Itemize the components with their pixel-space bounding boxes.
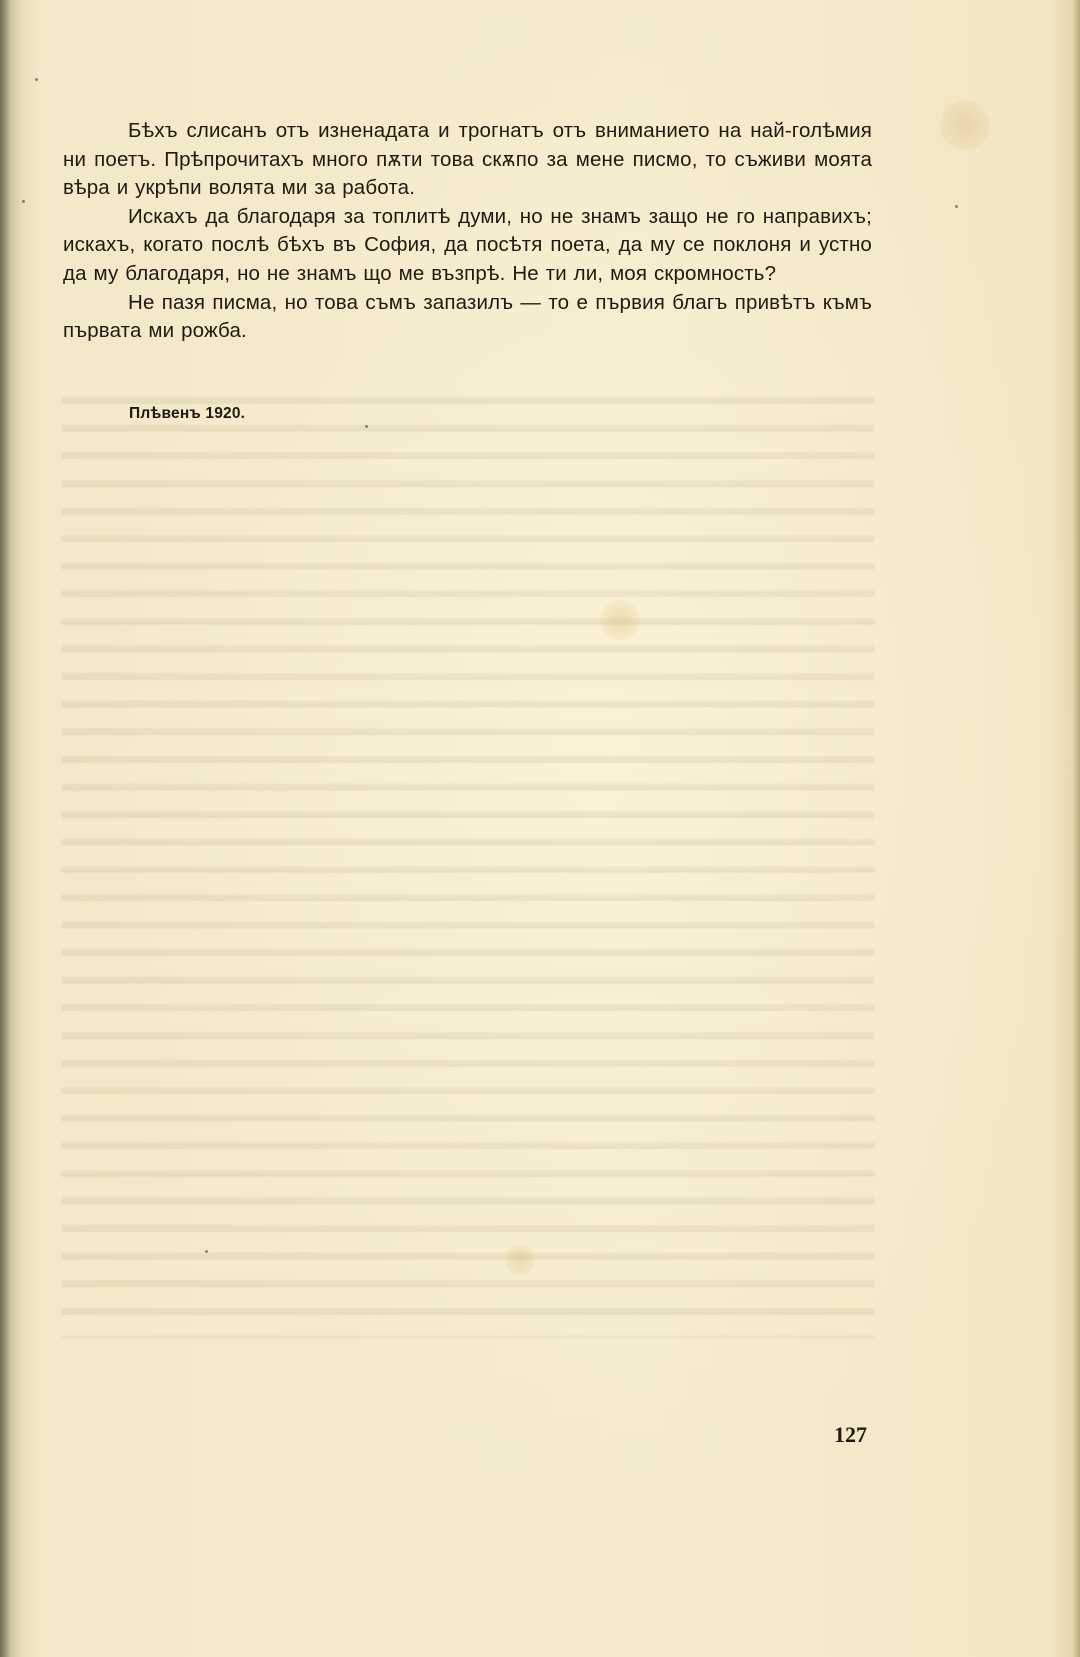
scanned-book-page: Бѣхъ слисанъ отъ изненадата и трогнатъ о…	[0, 0, 1080, 1657]
dust-speck	[955, 205, 958, 208]
paragraph: Бѣхъ слисанъ отъ изненадата и трогнатъ о…	[63, 117, 872, 203]
paragraph: Искахъ да благодаря за топлитѣ думи, но …	[63, 203, 872, 289]
page-number: 127	[834, 1422, 867, 1448]
binding-shadow	[0, 0, 10, 1657]
dust-speck	[205, 1250, 208, 1253]
paper-stain	[505, 1245, 535, 1275]
bleed-through-text	[62, 388, 874, 1338]
paper-stain	[600, 600, 640, 640]
place-and-date: Плѣвенъ 1920.	[129, 405, 245, 423]
paragraph: Не пазя писма, но това съмъ запазилъ — т…	[63, 289, 872, 346]
dust-speck	[22, 200, 25, 203]
body-text: Бѣхъ слисанъ отъ изненадата и трогнатъ о…	[63, 117, 872, 346]
dust-speck	[365, 425, 368, 428]
dust-speck	[35, 78, 38, 81]
paper-stain	[940, 100, 990, 150]
